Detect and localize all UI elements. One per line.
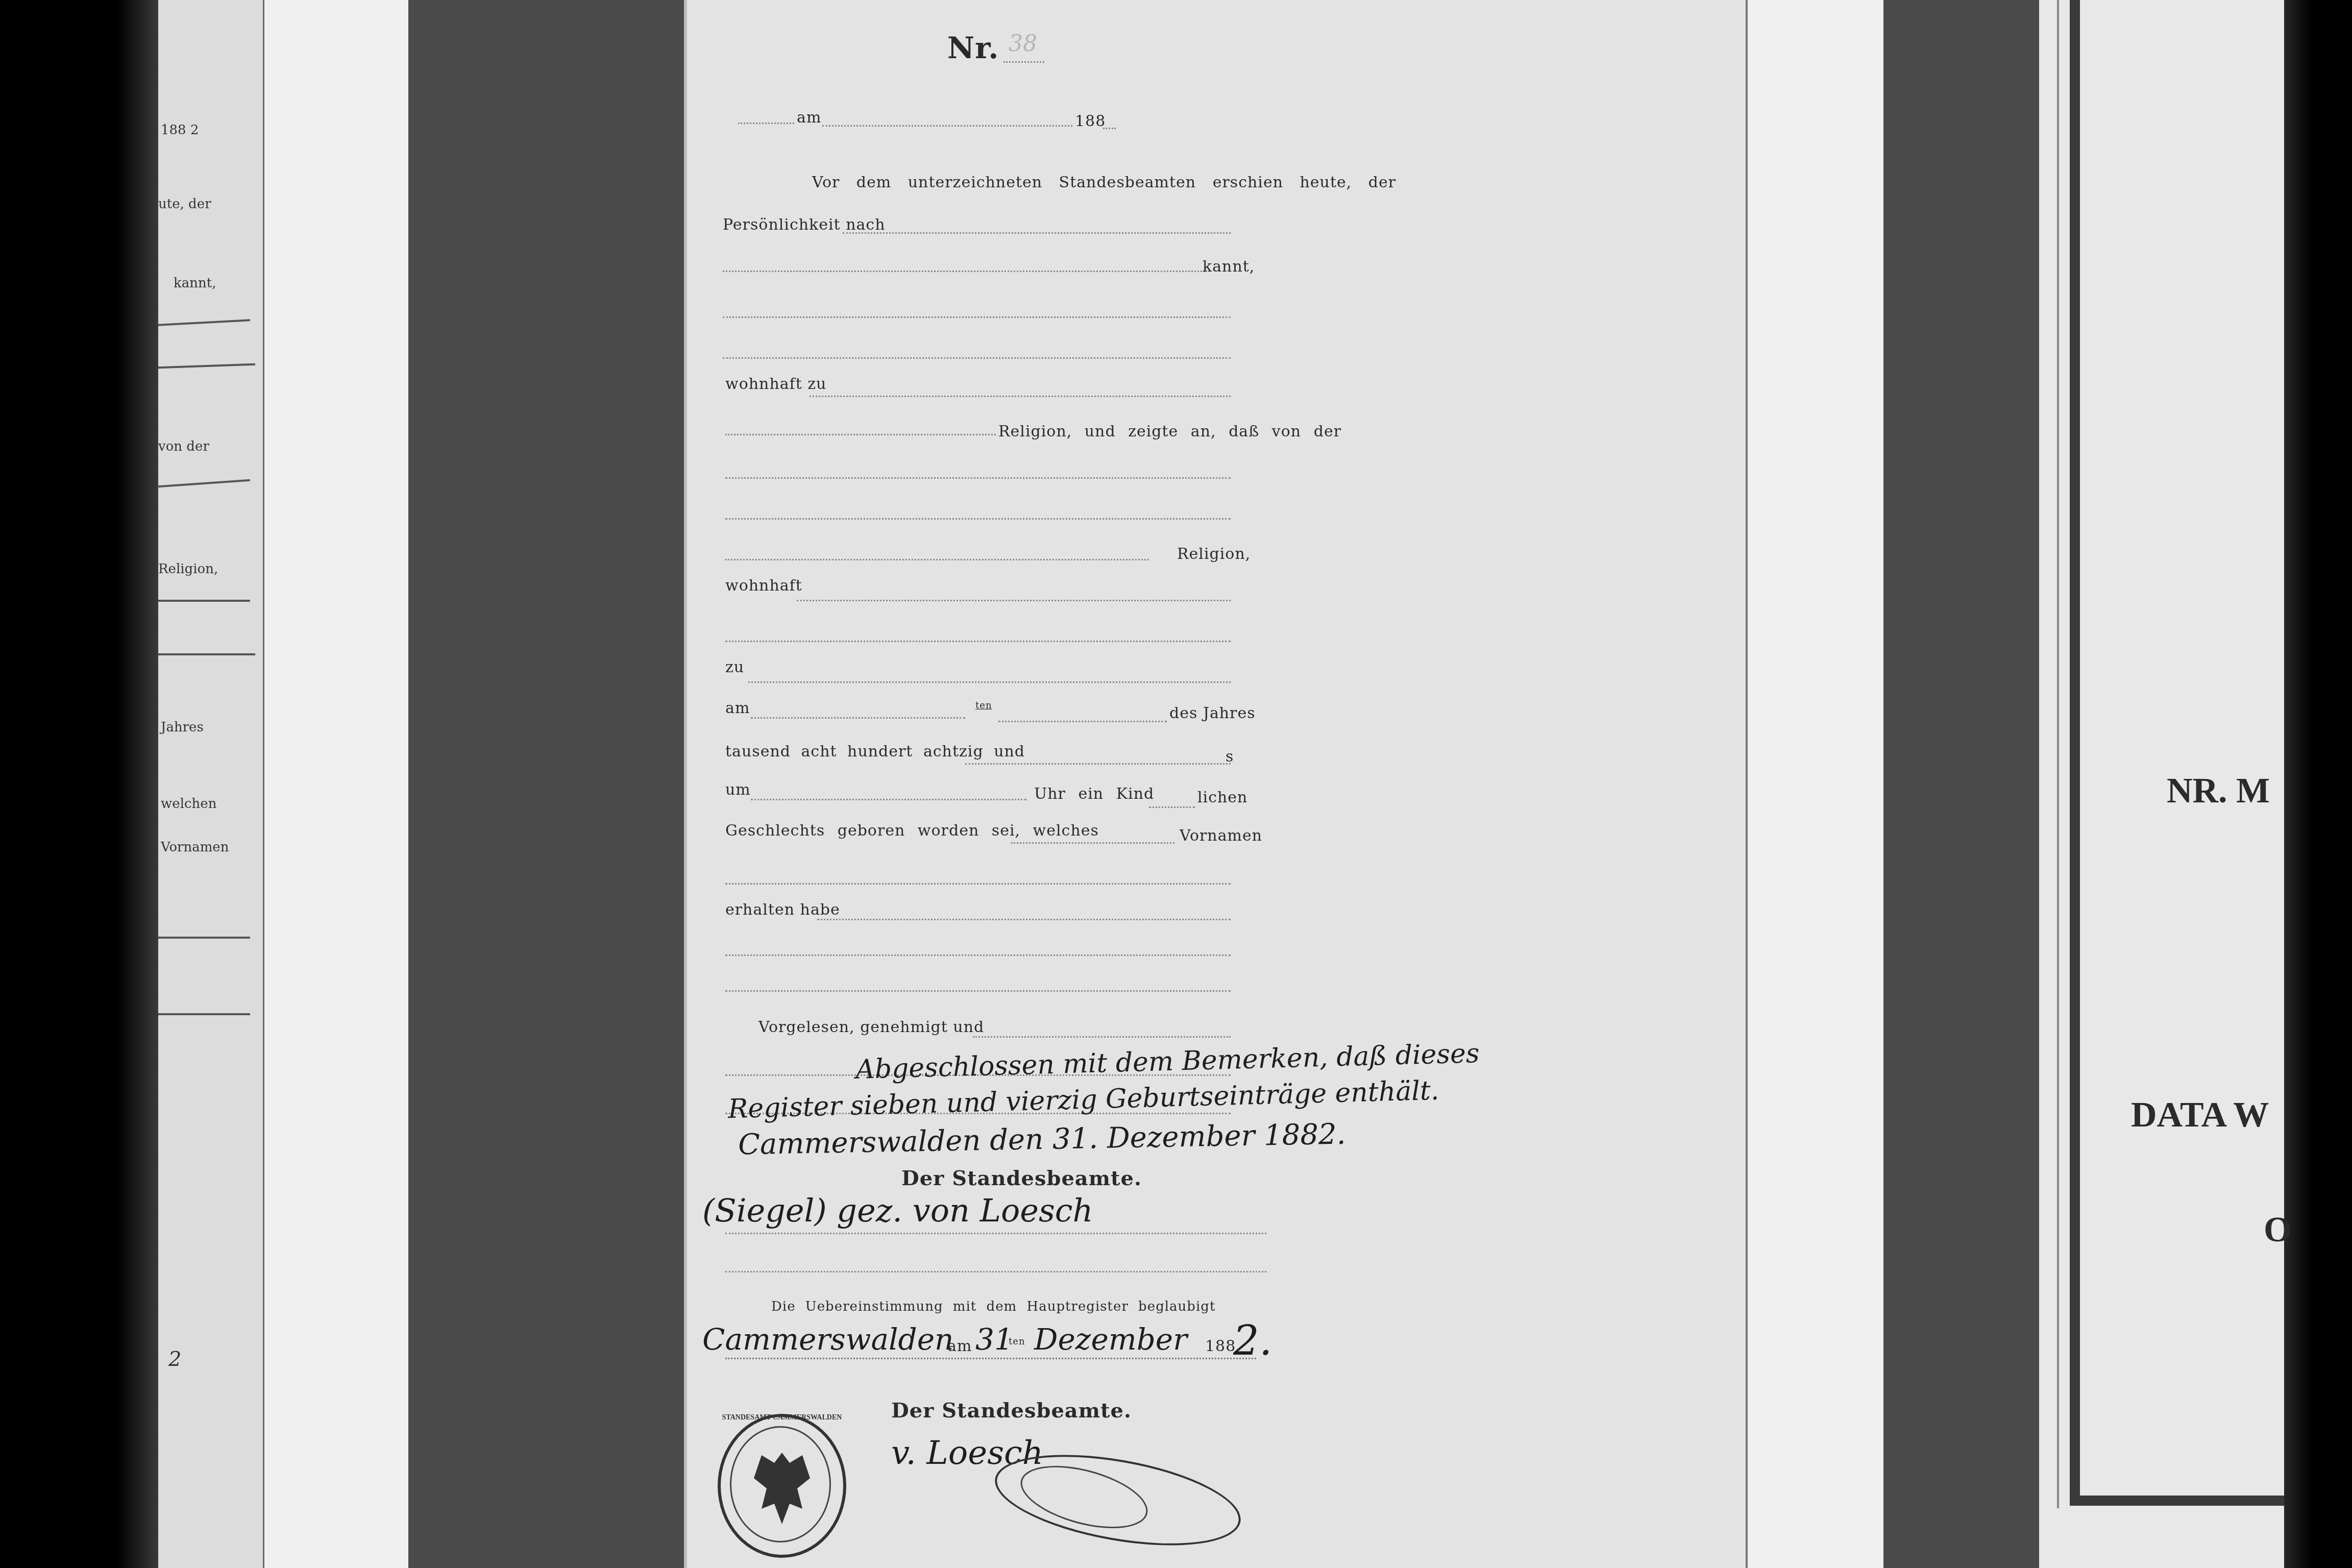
handwriting-strokes bbox=[158, 1013, 250, 1015]
year-line bbox=[965, 763, 1231, 765]
card-outer-thin-border bbox=[2057, 0, 2059, 1508]
handwriting-strokes bbox=[158, 937, 250, 939]
religion-line-2 bbox=[725, 559, 1149, 560]
official-seal: STANDESAMT CAMMERSWALDEN bbox=[718, 1414, 846, 1558]
residence-label: wohnhaft zu bbox=[725, 375, 826, 393]
received-label: erhalten habe bbox=[725, 901, 840, 919]
religion-line bbox=[725, 434, 996, 435]
handwriting-strokes bbox=[158, 653, 255, 655]
certification-text: Die Uebereinstimmung mit dem Hauptregist… bbox=[771, 1299, 1215, 1314]
register-number-value: 38 bbox=[1009, 31, 1037, 57]
residence-line bbox=[810, 396, 1231, 397]
am-label: am bbox=[725, 699, 750, 717]
left-fragment-line: kannt, bbox=[174, 276, 216, 291]
handwriting-strokes bbox=[158, 319, 250, 326]
signature-line-2 bbox=[725, 1271, 1266, 1272]
certification-place-date: Cammerswalden am 31 ten Dezember 188 2. bbox=[702, 1322, 1315, 1368]
handwriting-strokes bbox=[158, 600, 250, 602]
dark-band-right bbox=[1883, 0, 2039, 1568]
ten-line bbox=[998, 721, 1167, 722]
cert-am: am bbox=[947, 1337, 972, 1355]
date-line-right bbox=[1103, 128, 1116, 129]
left-vignette bbox=[0, 0, 158, 1568]
blank-line-5 bbox=[725, 641, 1231, 642]
blank-line-8 bbox=[725, 990, 1231, 992]
cert-place: Cammerswalden bbox=[702, 1322, 953, 1357]
religion-announce: Religion, und zeigte an, daß von der bbox=[998, 423, 1341, 440]
left-fragment-line: 2 bbox=[168, 1347, 181, 1371]
date-line-mid bbox=[822, 125, 1072, 127]
handwritten-note-line-2: Register sieben und vierzig Geburtseintr… bbox=[727, 1075, 1439, 1124]
approved-line bbox=[973, 1036, 1231, 1038]
seal-text: STANDESAMT CAMMERSWALDEN bbox=[721, 1414, 843, 1422]
ten-label: ten bbox=[975, 700, 992, 711]
card-line-data: DATA W bbox=[2131, 1095, 2269, 1136]
cert-underline bbox=[725, 1358, 1256, 1359]
residence-label-2: wohnhaft bbox=[725, 577, 802, 595]
birth-register-page: Nr. 38 am 188 Vor dem unterzeichneten St… bbox=[684, 0, 1749, 1568]
gender-line bbox=[1149, 806, 1195, 808]
blank-line-6 bbox=[725, 883, 1231, 885]
born-line bbox=[1011, 842, 1174, 844]
first-names-label: Vornamen bbox=[1180, 827, 1262, 845]
card-line-o: O bbox=[2264, 1210, 2291, 1251]
hour-label: um bbox=[725, 781, 751, 799]
cert-year-prefix: 188 bbox=[1205, 1337, 1236, 1355]
residence-line-2 bbox=[797, 600, 1231, 601]
card-bottom-border bbox=[2070, 1496, 2284, 1506]
handwriting-strokes bbox=[158, 363, 255, 369]
left-fragment-line: Jahres bbox=[161, 720, 204, 735]
left-fragment-line: von der bbox=[158, 439, 209, 454]
approved-label: Vorgelesen, genehmigt und bbox=[758, 1018, 984, 1036]
hour-text: Uhr ein Kind bbox=[1034, 785, 1154, 803]
intro-text: Vor dem unterzeichneten Standesbeamten e… bbox=[812, 174, 1396, 191]
left-fragment-line: 188 2 bbox=[161, 122, 199, 138]
date-year-prefix: 188 bbox=[1075, 112, 1106, 130]
white-strip-left bbox=[264, 0, 408, 1568]
right-vignette bbox=[2282, 0, 2352, 1568]
zu-line bbox=[748, 681, 1231, 683]
card-line-nr: NR. M bbox=[2167, 771, 2270, 812]
blank-line-1 bbox=[723, 316, 1231, 318]
white-strip-right bbox=[1746, 0, 1885, 1568]
blank-line-3 bbox=[725, 477, 1231, 479]
zu-label: zu bbox=[725, 658, 744, 676]
left-page-fragment: 188 2 ute, der kannt, von der Religion, … bbox=[158, 0, 264, 1568]
year-text: tausend acht hundert achtzig und bbox=[725, 743, 1025, 761]
register-number-line bbox=[1003, 61, 1044, 63]
handwritten-note-line-3: Cammerswalden den 31. Dezember 1882. bbox=[738, 1118, 1346, 1162]
identity-label: Persönlichkeit nach bbox=[723, 216, 885, 234]
received-line bbox=[817, 919, 1231, 920]
left-fragment-line: Religion, bbox=[158, 561, 218, 577]
handwriting-strokes bbox=[158, 479, 250, 488]
year-label: des Jahres bbox=[1169, 704, 1256, 722]
eagle-icon bbox=[746, 1442, 818, 1529]
am-line bbox=[751, 717, 965, 719]
blank-line-2 bbox=[723, 357, 1231, 359]
right-card: NR. M DATA W O bbox=[2039, 0, 2284, 1568]
left-fragment-line: Vornamen bbox=[161, 840, 229, 855]
cert-month: Dezember bbox=[1034, 1322, 1187, 1357]
born-text: Geschlechts geboren worden sei, welches bbox=[725, 822, 1099, 840]
date-am-label: am bbox=[797, 109, 821, 127]
cert-day-suffix: ten bbox=[1009, 1336, 1025, 1347]
religion-label: Religion, bbox=[1177, 545, 1251, 563]
left-fragment-line: welchen bbox=[161, 796, 216, 812]
blank-line-7 bbox=[725, 954, 1231, 956]
registrar-title: Der Standesbeamte. bbox=[901, 1166, 1142, 1190]
card-inner-border bbox=[2070, 0, 2080, 1506]
cert-day: 31 bbox=[975, 1322, 1013, 1357]
gender-suffix: lichen bbox=[1197, 789, 1247, 806]
known-suffix: kannt, bbox=[1203, 258, 1255, 276]
registrar-title-2: Der Standesbeamte. bbox=[891, 1399, 1132, 1423]
left-fragment-line: ute, der bbox=[158, 197, 211, 212]
date-line-left bbox=[738, 122, 794, 124]
signature-line-1 bbox=[725, 1233, 1266, 1234]
registrar-signature: (Siegel) gez. von Loesch bbox=[702, 1192, 1093, 1229]
known-line bbox=[723, 271, 1205, 272]
dark-band-left bbox=[408, 0, 684, 1568]
hour-line bbox=[751, 799, 1026, 800]
year-suffix: s bbox=[1226, 748, 1234, 766]
blank-line-4 bbox=[725, 518, 1231, 520]
identity-line bbox=[843, 232, 1231, 234]
register-number-label: Nr. bbox=[947, 31, 999, 65]
